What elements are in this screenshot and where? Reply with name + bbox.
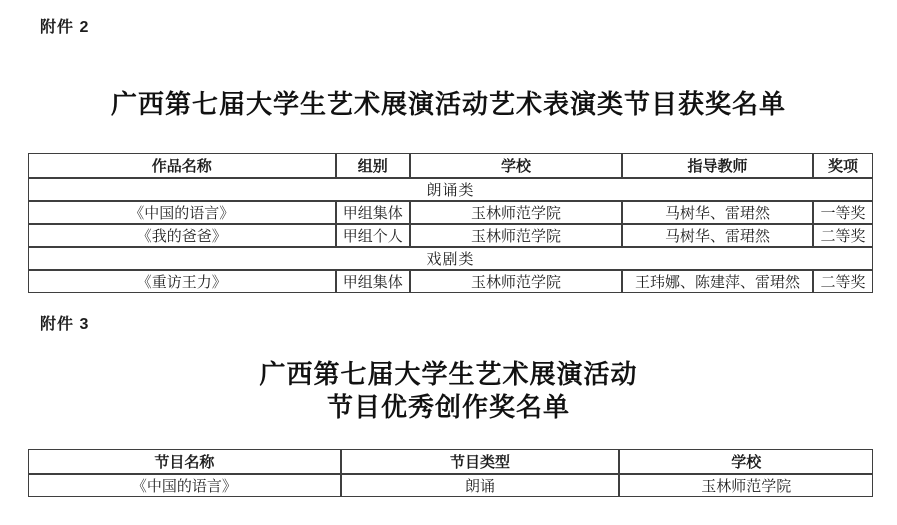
cell-school: 玉林师范学院 [410, 270, 622, 293]
cell-instructor: 王玮娜、陈建萍、雷珺然 [622, 270, 813, 293]
cell-work-name: 《中国的语言》 [28, 201, 336, 224]
cell-instructor: 马树华、雷珺然 [622, 224, 813, 247]
col-header-school: 学校 [410, 153, 622, 178]
category-row-recitation: 朗诵类 [28, 178, 873, 201]
table-row: 《我的爸爸》 甲组个人 玉林师范学院 马树华、雷珺然 二等奖 [28, 224, 873, 247]
creation-award-table: 节目名称 节目类型 学校 《中国的语言》 朗诵 玉林师范学院 [28, 449, 873, 497]
cell-school: 玉林师范学院 [410, 201, 622, 224]
col-header-program-name: 节目名称 [28, 449, 341, 474]
cell-work-name: 《重访王力》 [28, 270, 336, 293]
cell-award: 二等奖 [813, 224, 873, 247]
col-header-program-type: 节目类型 [341, 449, 620, 474]
cell-program-type: 朗诵 [341, 474, 620, 497]
category-label-drama: 戏剧类 [28, 247, 873, 270]
cell-group: 甲组集体 [336, 201, 410, 224]
col-header-instructor: 指导教师 [622, 153, 813, 178]
cell-work-name: 《我的爸爸》 [28, 224, 336, 247]
col-header-group: 组别 [336, 153, 410, 178]
cell-school: 玉林师范学院 [619, 474, 873, 497]
table-row: 《中国的语言》 朗诵 玉林师范学院 [28, 474, 873, 497]
cell-instructor: 马树华、雷珺然 [622, 201, 813, 224]
attachment-3-label: 附件 3 [40, 311, 89, 334]
creation-award-title-line2: 节目优秀创作奖名单 [327, 393, 570, 422]
cell-school: 玉林师范学院 [410, 224, 622, 247]
cell-group: 甲组个人 [336, 224, 410, 247]
awards-table: 作品名称 组别 学校 指导教师 奖项 朗诵类 《中国的语言》 甲组集体 玉林师范… [28, 153, 873, 293]
col-header-school: 学校 [619, 449, 873, 474]
table-row: 《中国的语言》 甲组集体 玉林师范学院 马树华、雷珺然 一等奖 [28, 201, 873, 224]
awards-table-header-row: 作品名称 组别 学校 指导教师 奖项 [28, 153, 873, 178]
attachment-2-label: 附件 2 [40, 14, 89, 37]
cell-award: 一等奖 [813, 201, 873, 224]
creation-award-title-line1: 广西第七届大学生艺术展演活动 [259, 360, 637, 389]
creation-award-header-row: 节目名称 节目类型 学校 [28, 449, 873, 474]
cell-program-name: 《中国的语言》 [28, 474, 341, 497]
col-header-work-name: 作品名称 [28, 153, 336, 178]
cell-award: 二等奖 [813, 270, 873, 293]
category-row-drama: 戏剧类 [28, 247, 873, 270]
category-label-recitation: 朗诵类 [28, 178, 873, 201]
col-header-award: 奖项 [813, 153, 873, 178]
awards-list-title: 广西第七届大学生艺术展演活动艺术表演类节目获奖名单 [0, 84, 897, 121]
cell-group: 甲组集体 [336, 270, 410, 293]
table-row: 《重访王力》 甲组集体 玉林师范学院 王玮娜、陈建萍、雷珺然 二等奖 [28, 270, 873, 293]
creation-award-title: 广西第七届大学生艺术展演活动 节目优秀创作奖名单 [0, 358, 897, 424]
document-page: 附件 2 广西第七届大学生艺术展演活动艺术表演类节目获奖名单 作品名称 组别 学… [0, 0, 897, 525]
